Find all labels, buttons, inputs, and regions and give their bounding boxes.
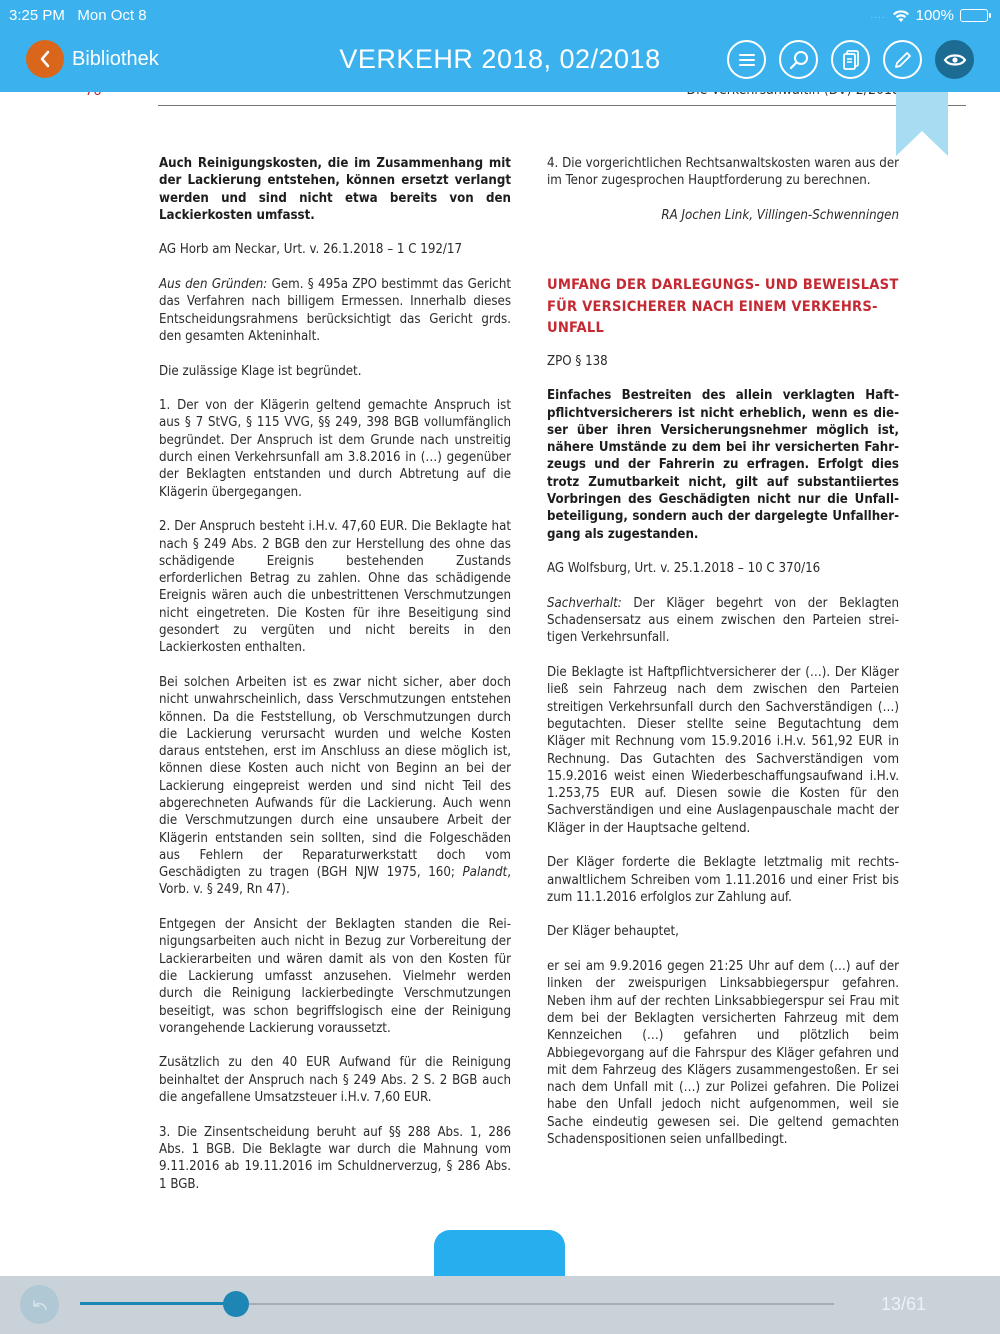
author-signature: RA Jochen Link, Villingen-Schwenningen: [547, 207, 899, 224]
bookmark-ribbon-icon[interactable]: [896, 92, 948, 156]
page-slider[interactable]: [80, 1293, 834, 1315]
status-date: Mon Oct 8: [77, 7, 146, 24]
page-indicator: 13/61: [881, 1294, 926, 1315]
page-navigation-bar: 13/61: [0, 1276, 1000, 1334]
slider-progress: [80, 1302, 236, 1305]
paragraph: 4. Die vorgerichtlichen Rechtsanwaltskos…: [547, 155, 899, 190]
status-right: .... 100%: [871, 7, 989, 24]
eye-icon: [943, 52, 967, 68]
paragraph: 1. Der von der Klägerin geltend gemachte…: [159, 397, 511, 501]
pages-overview-button[interactable]: [831, 40, 870, 79]
pages-icon: [841, 49, 861, 71]
pencil-icon: [893, 50, 913, 70]
article-heading: UMFANG DER DARLEGUNGS- UND BEWEISLAST FÜ…: [547, 274, 899, 339]
top-navigation-bar: 3:25 PM Mon Oct 8 .... 100% Bibliothek V…: [0, 0, 1000, 92]
case-citation: AG Horb am Neckar, Urt. v. 26.1.2018 – 1…: [159, 241, 511, 258]
left-column: Auch Reinigungskosten, die im Zusammenha…: [159, 155, 511, 1210]
document-page[interactable]: 76 Die Verkehrsanwältin (DV) 2/2018 Auch…: [0, 92, 1000, 1276]
slider-thumb[interactable]: [223, 1291, 249, 1317]
wifi-icon: [892, 9, 910, 23]
case-citation: AG Wolfsburg, Urt. v. 25.1.2018 – 10 C 3…: [547, 560, 899, 577]
running-head: Die Verkehrsanwältin (DV) 2/2018: [686, 92, 900, 98]
undo-arrow-icon: [30, 1297, 50, 1313]
paragraph: Der Kläger behauptet,: [547, 923, 899, 940]
facts-paragraph: Sachverhalt: Der Kläger begehrt von der …: [547, 595, 899, 647]
cellular-signal-icon: ....: [871, 10, 886, 21]
paragraph: 2. Der Anspruch besteht i.H.v. 47,60 EUR…: [159, 518, 511, 656]
table-of-contents-button[interactable]: [727, 40, 766, 79]
page-number: 76: [85, 92, 102, 99]
annotate-button[interactable]: [883, 40, 922, 79]
undo-navigation-button[interactable]: [20, 1285, 59, 1324]
paragraph: Entgegen der Ansicht der Beklagten stand…: [159, 916, 511, 1037]
battery-percent: 100%: [916, 7, 954, 24]
battery-icon: [960, 9, 988, 22]
search-icon: [788, 49, 810, 71]
search-button[interactable]: [779, 40, 818, 79]
status-time-date: 3:25 PM Mon Oct 8: [9, 7, 147, 24]
right-column: 4. Die vorgerichtlichen Rechtsanwaltskos…: [547, 155, 899, 1166]
toolbar: [727, 40, 974, 79]
status-time: 3:25 PM: [9, 7, 65, 24]
paragraph: Die Beklagte ist Haftpflichtversicherer …: [547, 664, 899, 837]
status-bar: 3:25 PM Mon Oct 8 .... 100%: [0, 4, 1000, 26]
bottom-panel-handle[interactable]: [434, 1230, 565, 1276]
paragraph: Bei solchen Arbeiten ist es zwar nicht s…: [159, 674, 511, 899]
paragraph: 3. Die Zinsentscheidung beruht auf §§ 28…: [159, 1124, 511, 1193]
reasons-paragraph: Aus den Gründen: Gem. § 495a ZPO bestimm…: [159, 276, 511, 345]
reasons-label: Aus den Gründen:: [159, 277, 267, 292]
paragraph: Der Kläger forderte die Beklagte letztma…: [547, 854, 899, 906]
headnote: Einfaches Bestreiten des allein verklagt…: [547, 387, 899, 543]
menu-icon: [737, 52, 757, 68]
paragraph: Zusätzlich zu den 40 EUR Aufwand für die…: [159, 1054, 511, 1106]
view-mode-button[interactable]: [935, 40, 974, 79]
header-rule: [158, 105, 966, 106]
facts-label: Sachverhalt:: [547, 596, 622, 611]
statute-reference: ZPO § 138: [547, 353, 899, 370]
paragraph: Die zulässige Klage ist begründet.: [159, 363, 511, 380]
headnote: Auch Reinigungskosten, die im Zusammenha…: [159, 155, 511, 224]
paragraph: er sei am 9.9.2016 gegen 21:25 Uhr auf d…: [547, 958, 899, 1148]
